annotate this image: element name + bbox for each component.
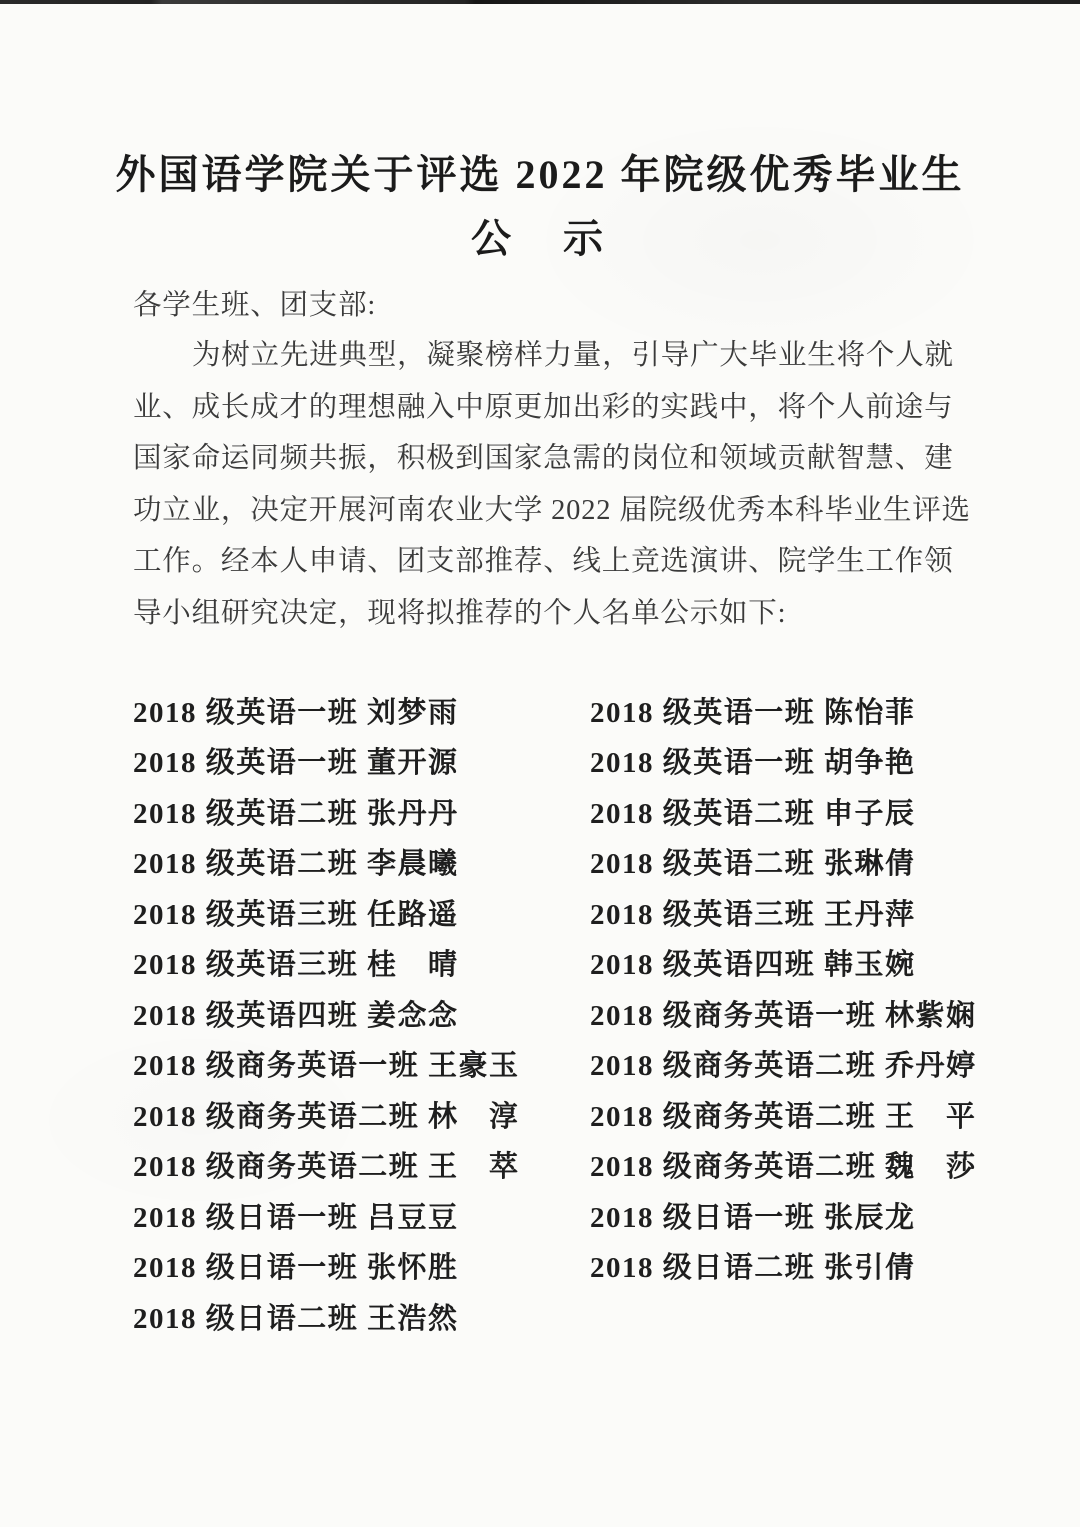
nominee-entry: 2018 级商务英语一班 林紫娴 [590,993,1080,1034]
nominee-row: 2018 级商务英语一班 王豪玉 2018 级商务英语二班 乔丹婷 [133,1039,1080,1090]
nominee-entry: 2018 级英语二班 张琳倩 [590,841,1080,882]
nominee-entry: 2018 级日语二班 王浩然 [133,1296,590,1337]
body-line: 为树立先进典型，凝聚榜样力量，引导广大毕业生将个人就 [133,330,961,382]
nominee-entry: 2018 级英语四班 韩玉婉 [590,942,1080,983]
nominee-entry: 2018 级商务英语二班 王 平 [590,1094,1080,1135]
nominee-entry: 2018 级英语四班 姜念念 [133,993,590,1034]
nominee-row: 2018 级英语一班 刘梦雨 2018 级英语一班 陈怡菲 [133,685,1080,736]
body-line: 国家命运同频共振，积极到国家急需的岗位和领域贡献智慧、建 [133,433,961,485]
nominee-entry: 2018 级日语一班 张怀胜 [133,1245,590,1286]
nominee-row: 2018 级商务英语二班 林 淳 2018 级商务英语二班 王 平 [133,1089,1080,1140]
nominee-row: 2018 级日语一班 吕豆豆 2018 级日语一班 张辰龙 [133,1190,1080,1241]
nominee-row: 2018 级英语一班 董开源 2018 级英语一班 胡争艳 [133,736,1080,787]
nominee-row: 2018 级商务英语二班 王 萃 2018 级商务英语二班 魏 莎 [133,1140,1080,1191]
nominee-entry: 2018 级英语二班 张丹丹 [133,791,590,832]
notice-title-line1: 外国语学院关于评选 2022 年院级优秀毕业生 [40,148,1040,202]
nominee-entry: 2018 级日语一班 张辰龙 [590,1195,1080,1236]
scanned-notice-page: 外国语学院关于评选 2022 年院级优秀毕业生 公 示 各学生班、团支部: 为树… [0,0,1080,1527]
nominee-entry: 2018 级英语一班 刘梦雨 [133,690,590,731]
scan-edge-artifact [0,0,1080,4]
nominee-entry: 2018 级英语一班 胡争艳 [590,740,1080,781]
nominee-row: 2018 级英语四班 姜念念 2018 级商务英语一班 林紫娴 [133,988,1080,1039]
nominee-row: 2018 级日语二班 王浩然 [133,1291,1080,1342]
nominee-entry: 2018 级日语一班 吕豆豆 [133,1195,590,1236]
nominee-row: 2018 级英语三班 桂 晴 2018 级英语四班 韩玉婉 [133,938,1080,989]
nominee-row: 2018 级英语二班 李晨曦 2018 级英语二班 张琳倩 [133,837,1080,888]
body-line: 工作。经本人申请、团支部推荐、线上竞选演讲、院学生工作领 [133,536,961,588]
nominee-entry: 2018 级商务英语二班 乔丹婷 [590,1043,1080,1084]
nominee-entry: 2018 级商务英语二班 魏 莎 [590,1144,1080,1185]
nominee-entry: 2018 级英语一班 陈怡菲 [590,690,1080,731]
notice-title-line2: 公 示 [40,212,1040,266]
nominee-row: 2018 级英语二班 张丹丹 2018 级英语二班 申子辰 [133,786,1080,837]
salutation: 各学生班、团支部: [133,282,1080,330]
notice-body: 为树立先进典型，凝聚榜样力量，引导广大毕业生将个人就 业、成长成才的理想融入中原… [133,330,961,639]
nominee-entry: 2018 级英语三班 任路遥 [133,892,590,933]
nominee-entry: 2018 级英语二班 申子辰 [590,791,1080,832]
nominee-entry: 2018 级英语三班 桂 晴 [133,942,590,983]
nominee-entry: 2018 级英语一班 董开源 [133,740,590,781]
body-line: 导小组研究决定，现将拟推荐的个人名单公示如下: [133,588,961,640]
body-line: 功立业，决定开展河南农业大学 2022 届院级优秀本科毕业生评选 [133,485,961,537]
body-line: 业、成长成才的理想融入中原更加出彩的实践中，将个人前途与 [133,382,961,434]
nominee-row: 2018 级英语三班 任路遥 2018 级英语三班 王丹萍 [133,887,1080,938]
nominee-entry: 2018 级英语三班 王丹萍 [590,892,1080,933]
nominee-entry: 2018 级商务英语一班 王豪玉 [133,1043,590,1084]
nominee-entry: 2018 级商务英语二班 王 萃 [133,1144,590,1185]
nominee-entry: 2018 级商务英语二班 林 淳 [133,1094,590,1135]
nominee-entry: 2018 级英语二班 李晨曦 [133,841,590,882]
nominee-entry: 2018 级日语二班 张引倩 [590,1245,1080,1286]
nominee-row: 2018 级日语一班 张怀胜 2018 级日语二班 张引倩 [133,1241,1080,1292]
nominee-list: 2018 级英语一班 刘梦雨 2018 级英语一班 陈怡菲 2018 级英语一班… [133,685,1080,1342]
